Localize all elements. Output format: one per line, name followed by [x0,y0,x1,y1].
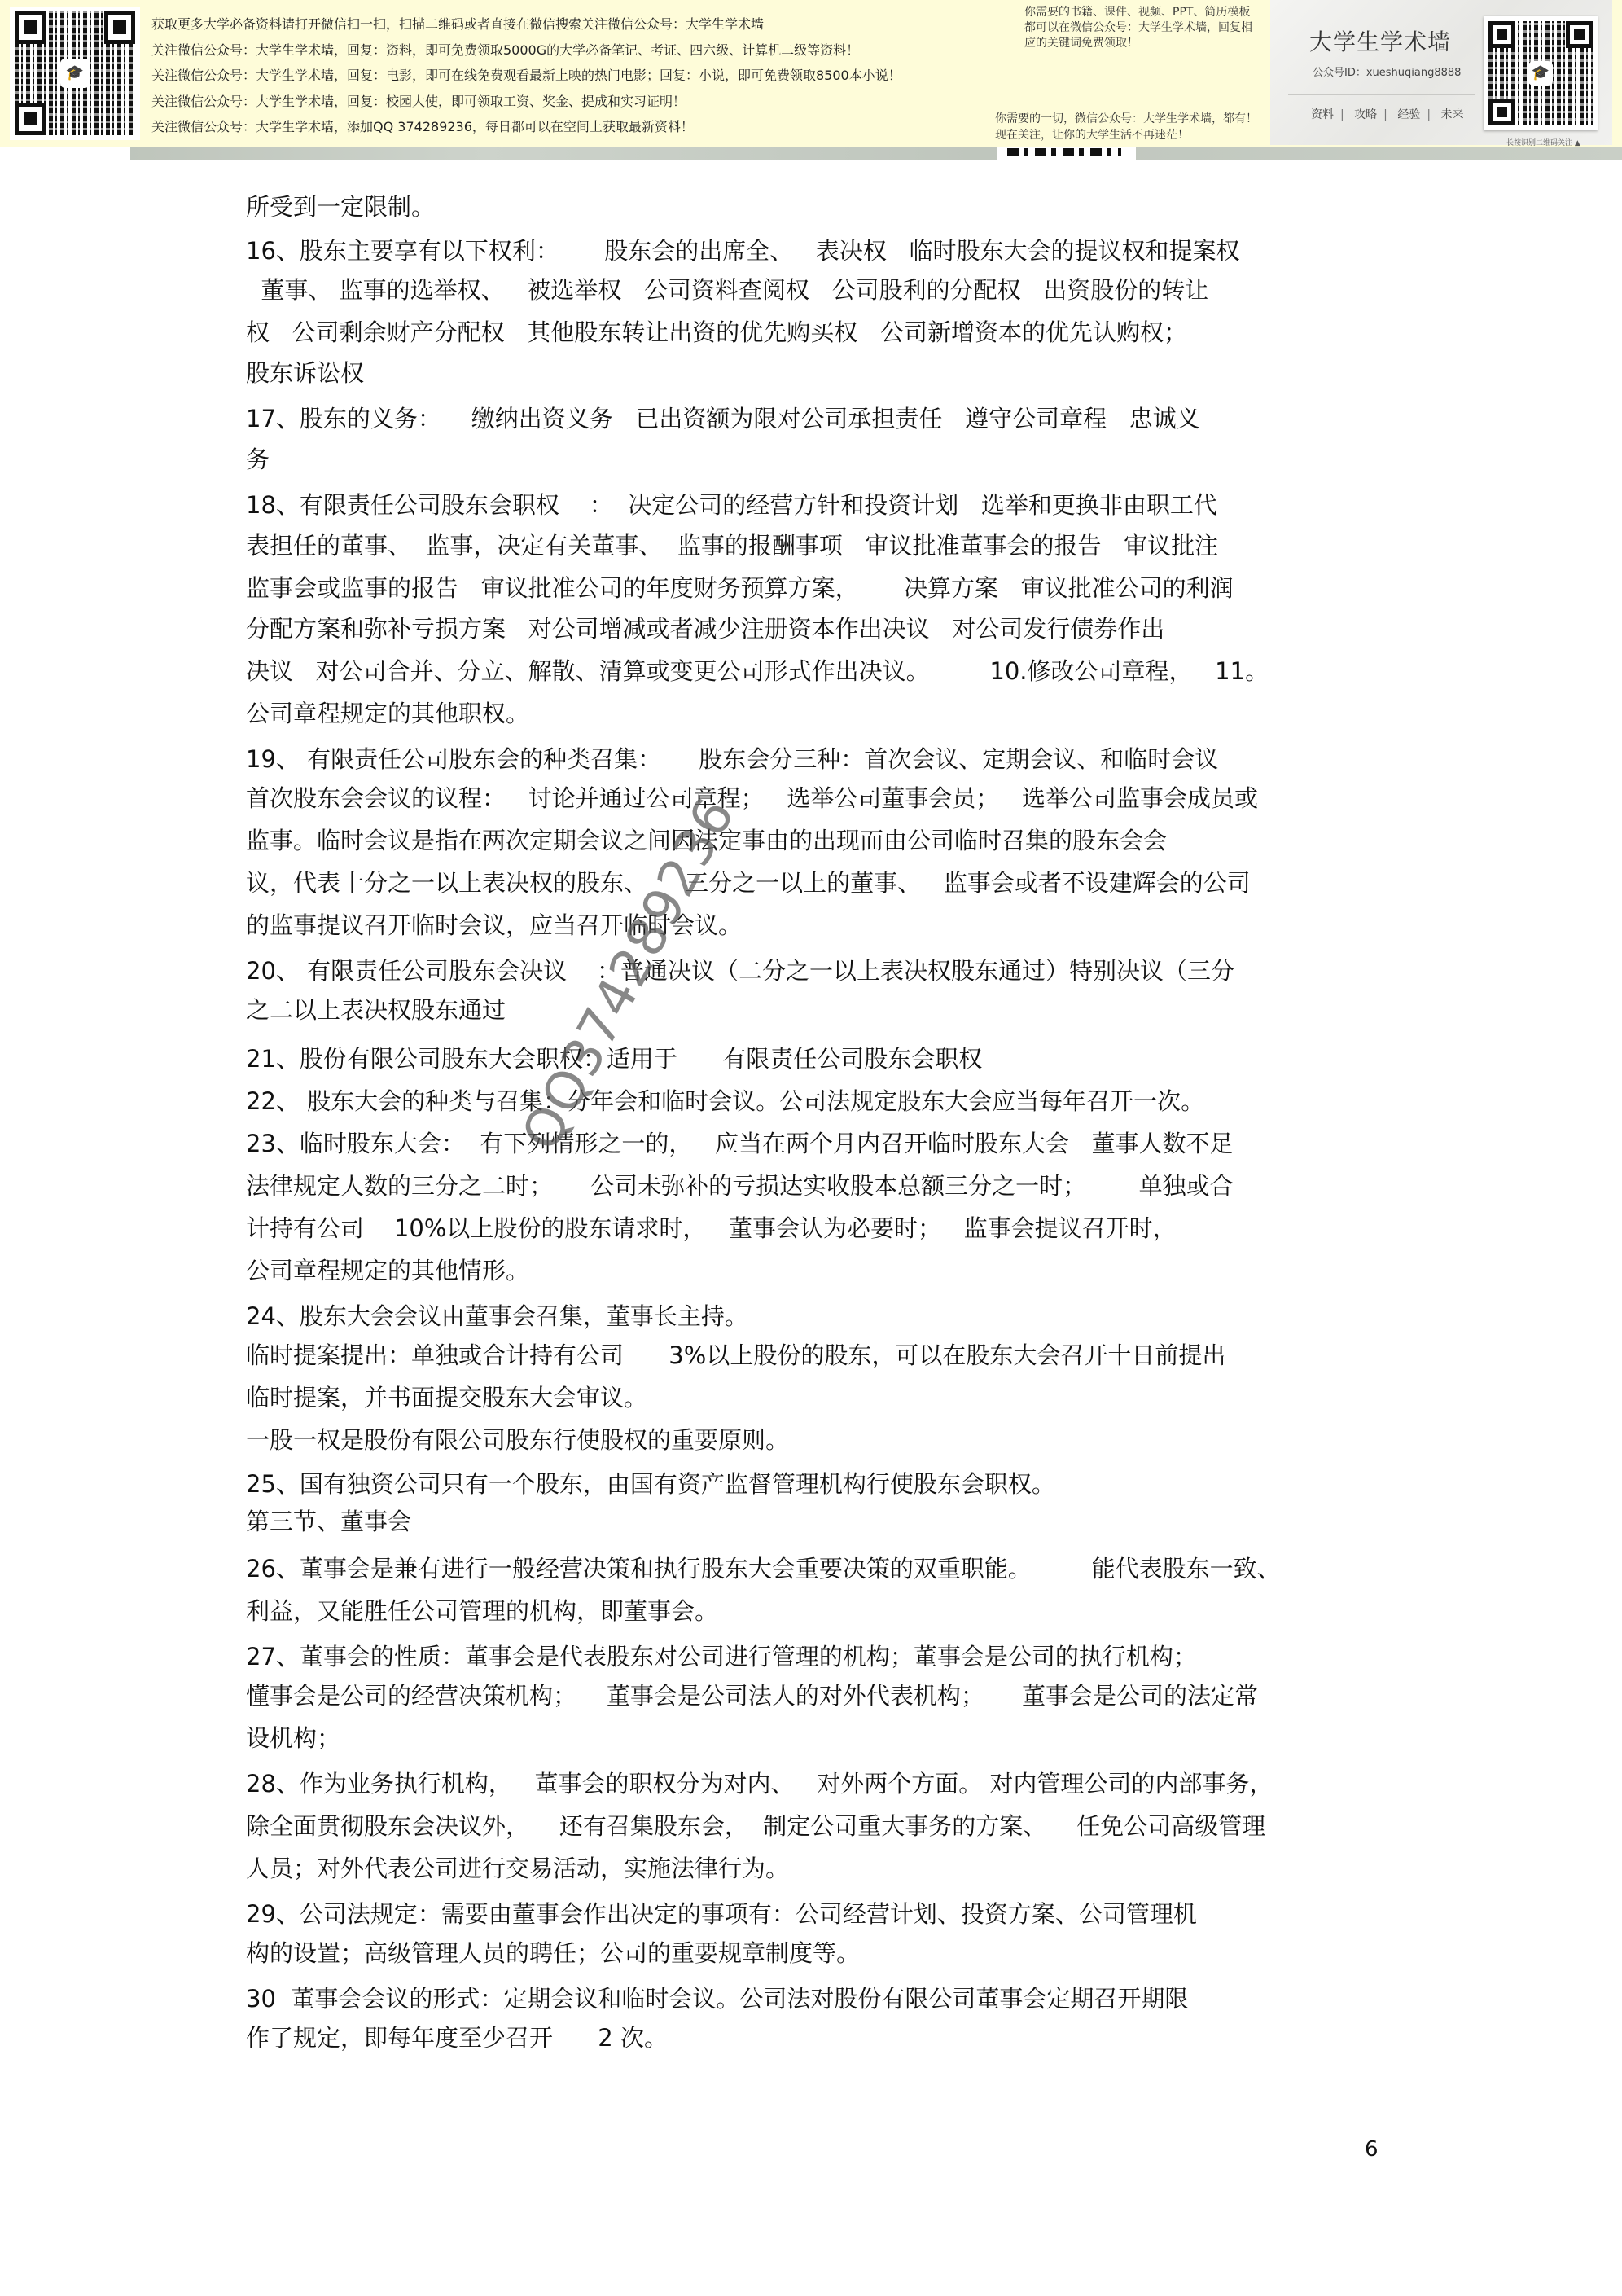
text-line: 决议 对公司合并、分立、解散、清算或变更公司形式作出决议。 10.修改公司章程，… [246,656,1269,686]
text-line: 23、临时股东大会： 有下列情形之一的， 应当在两个月内召开临时股东大会 董事人… [246,1129,1234,1158]
text-line: 18、有限责任公司股东会职权 ： 决定公司的经营方针和投资计划 选举和更换非由职… [246,490,1217,520]
text-line: 除全面贯彻股东会决议外， 还有召集股东会， 制定公司重大事务的方案、 任免公司高… [246,1811,1265,1841]
graduation-cap-icon: 🎓 [60,59,90,88]
banner-line: 关注微信公众号：大学生学术墙，添加QQ 374289236，每日都可以在空间上获… [151,114,1015,140]
text-line: 公司章程规定的其他职权。 [246,699,529,728]
qr-caption: 长按识别二维码关注 ▲ [1506,137,1580,147]
banner-underlay-left [0,147,130,160]
text-line: 人员；对外代表公司进行交易活动，实施法律行为。 [246,1854,789,1883]
promo-line: 都可以在微信公众号：大学生学术墙，回复相 [1024,20,1269,36]
banner-text-lines: 获取更多大学必备资料请打开微信扫一扫，扫描二维码或者直接在微信搜索关注微信公众号… [151,11,1015,140]
card-link[interactable]: 未来 [1441,108,1464,121]
account-card: 大学生学术墙 公众号ID：xueshuqiang8888 资料| 攻略| 经验|… [1270,0,1612,145]
graduation-cap-icon: 🎓 [1528,61,1554,86]
text-line: 一股一权是股份有限公司股东行使股权的重要原则。 [246,1425,789,1455]
text-line: 28、作为业务执行机构， 董事会的职权分为对内、 对外两个方面。 对内管理公司的… [246,1769,1273,1798]
banner-line: 关注微信公众号：大学生学术墙，回复：校园大使，即可领取工资、奖金、提成和实习证明… [151,89,1015,115]
text-line: 临时提案，并书面提交股东大会审议。 [246,1383,647,1412]
qr-code-right[interactable]: 🎓 [1484,16,1598,130]
promo-text-bottom: 你需要的一切，微信公众号：大学生学术墙，都有！ 现在关注，让你的大学生活不再迷茫… [995,111,1272,143]
promo-text-top: 你需要的书籍、课件、视频、PPT、简历模板 都可以在微信公众号：大学生学术墙，回… [1024,5,1269,51]
text-line: 16、股东主要享有以下权利： 股东会的出席全、 表决权 临时股东大会的提议权和提… [246,236,1240,266]
card-link[interactable]: 资料 [1311,108,1334,121]
text-line: 法律规定人数的三分之二时； 公司未弥补的亏损达实收股本总额三分之一时； 单独或合 [246,1171,1234,1201]
text-line: 监事会或监事的报告 审议批准公司的年度财务预算方案， 决算方案 审议批准公司的利… [246,573,1234,603]
text-line: 设机构； [246,1723,340,1753]
text-line: 作了规定，即每年度至少召开 2 次。 [246,2023,668,2052]
banner-underlay-strip [997,147,1136,163]
text-line: 权 公司剩余财产分配权 其他股东转让出资的优先购买权 公司新增资本的优先认购权； [246,318,1187,347]
text-line: 董事、 监事的选举权、 被选举权 公司资料查阅权 公司股利的分配权 出资股份的转… [246,275,1208,305]
text-line: 29、公司法规定：需要由董事会作出决定的事项有：公司经营计划、投资方案、公司管理… [246,1899,1197,1929]
text-line: 26、董事会是兼有进行一般经营决策和执行股东大会重要决策的双重职能。 能代表股东… [246,1554,1281,1583]
text-line: 分配方案和弥补亏损方案 对公司增减或者减少注册资本作出决议 对公司发行债券作出 [246,614,1164,643]
text-line: 股东诉讼权 [246,358,364,388]
text-line: 公司章程规定的其他情形。 [246,1256,529,1285]
promo-line: 应的关键词免费领取！ [1024,36,1269,51]
banner-line: 获取更多大学必备资料请打开微信扫一扫，扫描二维码或者直接在微信搜索关注微信公众号… [151,11,1015,37]
text-line: 25、国有独资公司只有一个股东，由国有资产监督管理机构行使股东会职权。 [246,1469,1055,1499]
banner-line: 关注微信公众号：大学生学术墙，回复：电影，即可在线免费观看最新上映的热门电影；回… [151,63,1015,89]
card-link[interactable]: 经验 [1397,108,1420,121]
text-line: 之二以上表决权股东通过 [246,995,506,1025]
page-number: 6 [1365,2137,1379,2162]
promo-line: 你需要的一切，微信公众号：大学生学术墙，都有！ [995,111,1272,127]
text-line: 所受到一定限制。 [246,192,435,222]
text-line: 临时提案提出：单独或合计持有公司 3%以上股份的股东，可以在股东大会召开十日前提… [246,1341,1225,1370]
text-line: 30 董事会会议的形式：定期会议和临时会议。公司法对股份有限公司董事会定期召开期… [246,1984,1188,2013]
promo-line: 你需要的书籍、课件、视频、PPT、简历模板 [1024,5,1269,20]
text-line: 第三节、董事会 [246,1507,411,1536]
account-id: 公众号ID：xueshuqiang8888 [1313,64,1461,79]
text-line: 27、董事会的性质：董事会是代表股东对公司进行管理的机构；董事会是公司的执行机构… [246,1642,1197,1671]
text-line: 20、 有限责任公司股东会决议 ：普通决议（二分之一以上表决权股东通过）特别决议… [246,956,1234,986]
card-link[interactable]: 攻略 [1354,108,1377,121]
card-divider [1288,94,1475,95]
text-line: 首次股东会会议的议程： 讨论并通过公司章程； 选举公司董事会员； 选举公司监事会… [246,784,1258,813]
text-line: 17、股东的义务： 缴纳出资义务 已出资额为限对公司承担责任 遵守公司章程 忠诚… [246,404,1200,433]
qr-code-left[interactable]: 🎓 [10,7,140,140]
account-title: 大学生学术墙 [1309,24,1451,57]
text-line: 构的设置；高级管理人员的聘任；公司的重要规章制度等。 [246,1938,860,1968]
promo-line: 现在关注，让你的大学生活不再迷茫！ [995,127,1272,143]
banner-line: 关注微信公众号：大学生学术墙，回复：资料，即可免费领取5000G的大学必备笔记、… [151,37,1015,64]
card-links: 资料| 攻略| 经验| 未来 [1311,106,1464,122]
text-line: 24、股东大会会议由董事会召集，董事长主持。 [246,1302,748,1331]
promo-banner: 🎓 获取更多大学必备资料请打开微信扫一扫，扫描二维码或者直接在微信搜索关注微信公… [0,0,1622,147]
text-line: 表担任的董事、 监事，决定有关董事、 监事的报酬事项 审议批准董事会的报告 审议… [246,531,1218,560]
text-line: 议，代表十分之一以上表决权的股东、 三分之一以上的董事、 监事会或者不设建辉会的… [246,868,1251,898]
text-line: 22、 股东大会的种类与召集：分年会和临时会议。公司法规定股东大会应当每年召开一… [246,1087,1204,1116]
text-line: 务 [246,445,270,474]
text-line: 懂事会是公司的经营决策机构； 董事会是公司法人的对外代表机构； 董事会是公司的法… [246,1681,1258,1710]
text-line: 19、 有限责任公司股东会的种类召集： 股东会分三种：首次会议、定期会议、和临时… [246,744,1218,774]
text-line: 利益，又能胜任公司管理的机构，即董事会。 [246,1596,718,1626]
text-line: 计持有公司 10%以上股份的股东请求时， 董事会认为必要时； 监事会提议召开时， [246,1214,1177,1243]
